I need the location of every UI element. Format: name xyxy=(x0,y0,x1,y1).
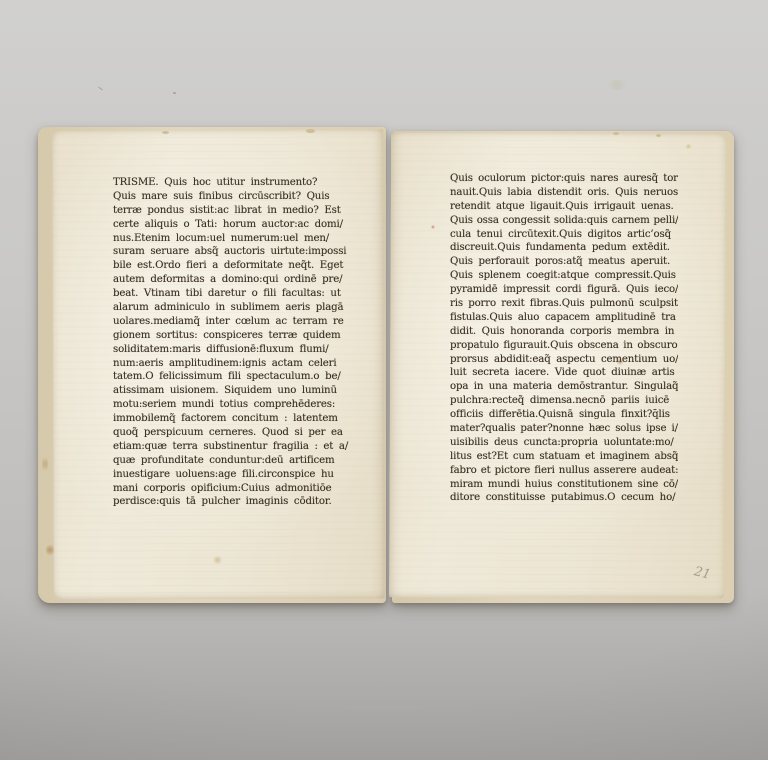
text-line: fistulas.Quis aluo capacem amplitudinē t… xyxy=(450,311,678,325)
text-line: quæ profunditate conduntur:deū artificem xyxy=(113,454,349,468)
text-line: luit secreta iacere. Vide quot diuinæ ar… xyxy=(450,366,678,380)
text-line: alarum adminiculo in sublimem aeris plag… xyxy=(113,301,349,315)
text-line: motu:seriem mundi totius comprehēderes: xyxy=(113,398,349,412)
text-line: inuestigare uoluens:age fili.circonspice… xyxy=(113,468,349,482)
text-line: quoq̃ perspicuum cerneres. Quod si per e… xyxy=(113,426,349,440)
text-line: propatulo figurauit.Quis obscena in obsc… xyxy=(450,339,678,353)
text-line: Quis ossa congessit solida:quis carnem p… xyxy=(450,214,678,228)
text-line: Quis perforauit poros:atq̃ meatus aperui… xyxy=(450,255,678,269)
text-line: mani corporis opificium:Cuius admonitiōe xyxy=(113,482,349,496)
text-line: pyramidē impressit cordi figurā. Quis ie… xyxy=(450,283,678,297)
text-line: perdisce:quis tā pulcher imaginis cōdito… xyxy=(113,495,349,509)
text-line: mater?qualis pater?nonne hæc solus ipse … xyxy=(450,422,678,436)
text-line: prorsus abdidit:eaq̃ aspectu cementium u… xyxy=(450,353,678,367)
text-line: ditore constituisse putabimus.O cecum ho… xyxy=(450,491,678,505)
text-line: bile est.Ordo fieri a deformitate neq̃t.… xyxy=(113,259,349,273)
text-line: beat. Vtinam tibi daretur o fili faculta… xyxy=(113,287,349,301)
text-line: immobilemq̃ factorem concitum : latentem xyxy=(113,412,349,426)
text-line: terræ pondus sistit:ac librat in medio? … xyxy=(113,204,349,218)
text-line: cula tenui circūtexit.Quis digitos artic… xyxy=(450,228,678,242)
text-line: num:aeris amplitudinem:ignis actam celer… xyxy=(113,357,349,371)
text-line: Quis oculorum pictor:quis nares auresq̃ … xyxy=(450,172,678,186)
text-line: didit. Quis honoranda corporis membra in xyxy=(450,325,678,339)
text-line: gionem sortitus: conspiceres terræ quide… xyxy=(113,329,349,343)
photograph-background: TRISME. Quis hoc utitur instrumento?Quis… xyxy=(0,0,768,760)
text-line: Quis splenem coegit:atque compressit.Qui… xyxy=(450,269,678,283)
dust-speck xyxy=(98,87,103,91)
text-line: discreuit.Quis fundamenta pedum extēdit. xyxy=(450,241,678,255)
text-line: etiam:quæ terra substinentur fragilia : … xyxy=(113,440,349,454)
text-line: TRISME. Quis hoc utitur instrumento? xyxy=(113,176,349,190)
text-line: Quis mare suis finibus circūscribit? Qui… xyxy=(113,190,349,204)
text-line: ris porro rexit fibras.Quis pulmonū scul… xyxy=(450,297,678,311)
text-line: pulchra:recteq̃ dimensa.necnō pariis iui… xyxy=(450,394,678,408)
background-smudge xyxy=(606,80,628,90)
text-line: retendit atque ligauit.Quis irrigauit ue… xyxy=(450,200,678,214)
text-line: autem deformitas a domino:qui ordinē pre… xyxy=(113,273,349,287)
text-line: officiis differētia.Quisnā singula finxi… xyxy=(450,408,678,422)
text-line: nauit.Quis labia distendit oris. Quis ne… xyxy=(450,186,678,200)
text-line: fabro et pictore fieri nullus asserere a… xyxy=(450,464,678,478)
text-line: uolares.mediamq̃ inter cœlum ac terram r… xyxy=(113,315,349,329)
text-line: uisibilis deus cuncta:propria uoluntate:… xyxy=(450,436,678,450)
text-line: litus est?Et cum statuam et imaginem abs… xyxy=(450,450,678,464)
right-page-text-block: Quis oculorum pictor:quis nares auresq̃ … xyxy=(450,172,678,505)
text-line: miram mundi huius constitutionem sine cō… xyxy=(450,478,678,492)
text-line: tatem.O felicissimum fili spectaculum.o … xyxy=(113,370,349,384)
text-line: nus.Etenim locum:uel numerum:uel men/ xyxy=(113,232,349,246)
text-line: soliditatem:maris diffusionē:fluxum flum… xyxy=(113,343,349,357)
text-line: atissimam uisionem. Siquidem uno luminū xyxy=(113,384,349,398)
left-page-text-block: TRISME. Quis hoc utitur instrumento?Quis… xyxy=(113,176,349,509)
text-line: suram seruare absq̃ auctoris uirtute:imp… xyxy=(113,245,349,259)
dust-speck xyxy=(173,92,176,94)
text-line: certe aliquis o Tati: horum auctor:ac do… xyxy=(113,218,349,232)
text-line: opa in una materia demōstrantur. Singula… xyxy=(450,380,678,394)
